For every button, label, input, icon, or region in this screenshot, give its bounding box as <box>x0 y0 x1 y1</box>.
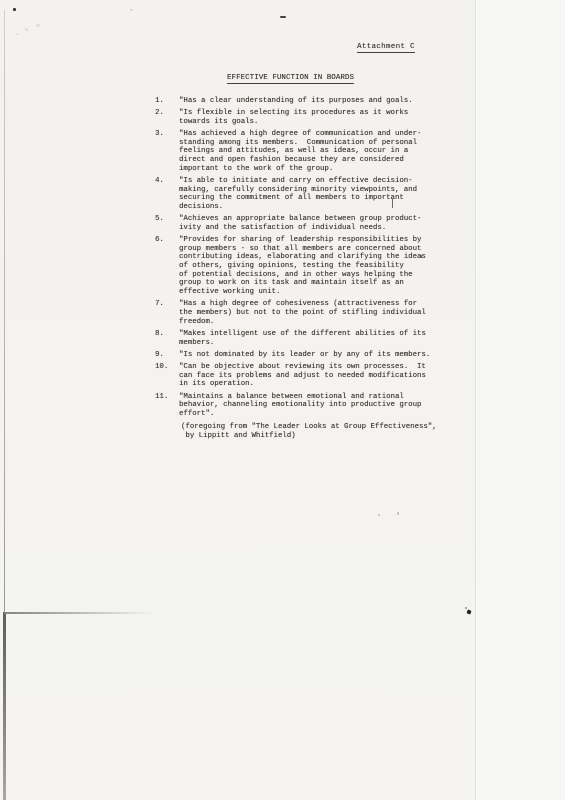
item-number: 3. <box>155 130 179 173</box>
item-text: "Is flexible in selecting its procedures… <box>179 109 408 126</box>
item-number: 8. <box>155 330 179 347</box>
list-item: 11. "Maintains a balance between emotion… <box>155 393 445 419</box>
list-item: 2. "Is flexible in selecting its procedu… <box>155 109 445 126</box>
item-number: 10. <box>155 363 179 389</box>
item-number: 1. <box>155 97 179 106</box>
list-item: 6. "Provides for sharing of leadership r… <box>155 236 445 297</box>
item-number: 7. <box>155 300 179 326</box>
scan-stray-mark <box>392 199 393 208</box>
list-item: 1. "Has a clear understanding of its pur… <box>155 97 445 106</box>
scan-speck <box>420 255 422 258</box>
list-item: 4. "Is able to initiate and carry on eff… <box>155 177 445 212</box>
paper-left-edge-shadow <box>3 612 6 800</box>
scan-speck <box>13 8 16 11</box>
list-item: 3. "Has achieved a high degree of commun… <box>155 130 445 173</box>
item-text: "Has achieved a high degree of communica… <box>179 130 421 173</box>
scan-speck <box>465 607 467 609</box>
scan-speck <box>397 512 399 515</box>
list-item: 7. "Has a high degree of cohesiveness (a… <box>155 300 445 326</box>
scan-smudge <box>36 24 40 27</box>
citation: (foregoing from "The Leader Looks at Gro… <box>181 423 445 440</box>
page-title: EFFECTIVE FUNCTION IN BOARDS <box>227 74 354 84</box>
item-number: 6. <box>155 236 179 297</box>
item-text: "Is able to initiate and carry on effect… <box>179 177 417 212</box>
paper-left-edge-line <box>4 10 5 613</box>
scan-smudge <box>25 28 28 31</box>
item-text: "Achieves an appropriate balance between… <box>179 215 421 232</box>
list-item: 5. "Achieves an appropriate balance betw… <box>155 215 445 232</box>
numbered-list: 1. "Has a clear understanding of its pur… <box>155 97 445 419</box>
item-text: "Is not dominated by its leader or by an… <box>179 351 430 360</box>
scanned-document-page: Attachment C EFFECTIVE FUNCTION IN BOARD… <box>0 0 565 800</box>
list-item: 9. "Is not dominated by its leader or by… <box>155 351 445 360</box>
paper-fold-line <box>4 612 154 614</box>
item-text: "Can be objective about reviewing its ow… <box>179 363 426 389</box>
item-text: "Maintains a balance between emotional a… <box>179 393 421 419</box>
scan-speck <box>130 9 133 11</box>
paper-right-edge-line <box>476 0 477 800</box>
item-text: "Makes intelligent use of the different … <box>179 330 426 347</box>
scan-smudge <box>16 33 19 35</box>
scan-speck <box>378 514 380 516</box>
document-body: 1. "Has a clear understanding of its pur… <box>155 97 445 440</box>
attachment-label: Attachment C <box>357 43 415 53</box>
item-number: 11. <box>155 393 179 419</box>
item-number: 9. <box>155 351 179 360</box>
scan-speck <box>466 609 471 614</box>
item-number: 4. <box>155 177 179 212</box>
list-item: 10. "Can be objective about reviewing it… <box>155 363 445 389</box>
item-number: 5. <box>155 215 179 232</box>
item-number: 2. <box>155 109 179 126</box>
scan-background-strip <box>477 0 565 800</box>
scan-speck <box>280 16 286 18</box>
item-text: "Provides for sharing of leadership resp… <box>179 236 426 297</box>
list-item: 8. "Makes intelligent use of the differe… <box>155 330 445 347</box>
item-text: "Has a high degree of cohesiveness (attr… <box>179 300 426 326</box>
item-text: "Has a clear understanding of its purpos… <box>179 97 413 106</box>
